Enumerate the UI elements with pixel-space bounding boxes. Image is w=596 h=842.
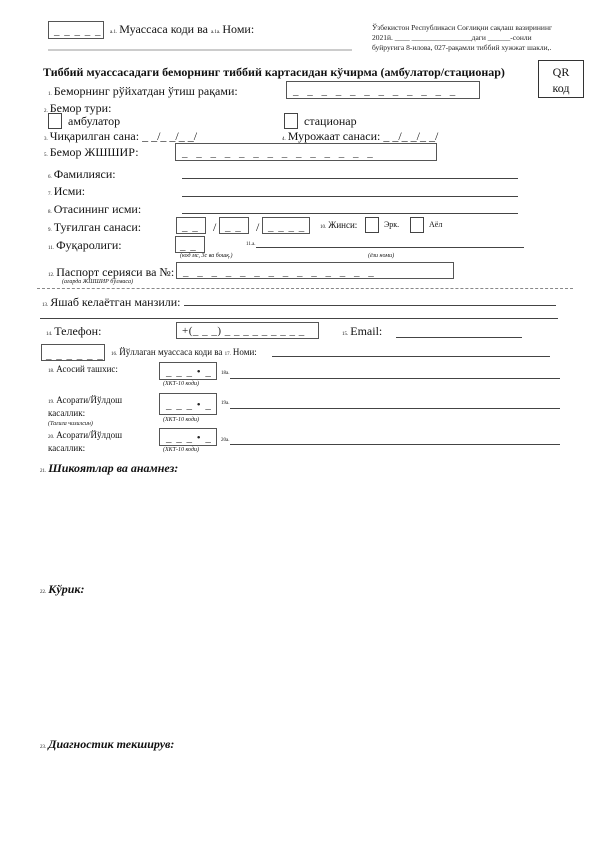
order-note: Ўзбекистон Республикаси Соғлиқни сақлаш … [372, 23, 552, 53]
outpatient-checkbox[interactable] [48, 113, 62, 129]
gender-female-label: Аёл [429, 220, 442, 229]
name-field[interactable] [182, 196, 518, 197]
address-label: 13.Яшаб келаётган манзили: [42, 295, 181, 310]
complication-2-code-hint: (ХКТ-10 коди) [163, 447, 199, 453]
discharge-date-label: 3.Чиқарилган сана: _ _/_ _/_ _/ [44, 129, 197, 144]
page-title: Тиббий муассасадаги беморнинг тиббий кар… [43, 65, 505, 80]
gender-male-checkbox[interactable] [365, 217, 379, 233]
email-label: 15.Email: [342, 324, 382, 339]
gender-label: 10.Жинси: [320, 220, 357, 230]
patronymic-label: 8.Отасининг исми: [48, 202, 141, 217]
complication-1-label: 19.Асорати/Йўлдош касаллик: (Тагига чизи… [48, 395, 122, 430]
passport-hint: (агарда ЖШШИР бўлмаса) [62, 279, 133, 285]
passport-field[interactable]: _ _ _ _ _ _ _ _ _ _ _ _ _ _ [176, 262, 454, 279]
date-separator: / [213, 220, 216, 235]
complication-2-code-field[interactable]: _ _ _ • _ [159, 428, 217, 446]
citizenship-name-field[interactable] [256, 247, 524, 248]
qr-code-placeholder: QR код [538, 60, 584, 98]
registration-number-field[interactable]: _ _ _ _ _ _ _ _ _ _ _ _ [286, 81, 480, 99]
complication-1-text-num: 19а. [221, 401, 229, 406]
citizenship-name-hint: (ёзи номи) [368, 253, 394, 259]
referring-institution-name-field[interactable] [272, 356, 550, 357]
inpatient-label: стационар [304, 114, 357, 129]
institution-label: а.1.Муассаса коди ва а.1а.Номи: [110, 22, 254, 37]
complication-2-label: 20.Асорати/Йўлдош касаллик: [48, 430, 122, 454]
section-divider [37, 288, 573, 289]
outpatient-label: амбулатор [68, 114, 120, 129]
referring-institution-code-field[interactable]: _ _ _ _ _ _ [41, 344, 105, 361]
referring-institution-label: 16.Йўллаган муассаса коди ва 17.Номи: [111, 347, 257, 357]
citizenship-code-hint: (код мс, 3с ва бошқ.) [180, 253, 233, 259]
main-diagnosis-label: 18.Асосий ташхис: [48, 364, 118, 374]
pinfl-field[interactable]: _ _ _ _ _ _ _ _ _ _ _ _ _ _ [175, 143, 437, 161]
institution-code-placeholder: _ _ _ _ _ [54, 25, 102, 37]
main-diagnosis-code-hint: (ХКТ-10 коди) [163, 381, 199, 387]
complaints-text-area[interactable] [40, 478, 560, 578]
complication-2-text-num: 20а. [221, 438, 229, 443]
institution-name-line [48, 49, 352, 51]
registration-label: 1.Беморнинг рўйхатдан ўтиш рақами: [48, 84, 238, 99]
complaints-section-title: 21.Шикоятлар ва анамнез: [40, 461, 178, 476]
birth-year-field[interactable]: _ _ _ _ [262, 217, 310, 234]
main-diagnosis-text-field[interactable] [230, 378, 560, 379]
complication-2-text-field[interactable] [230, 444, 560, 445]
pinfl-label: 5.Бемор ЖШШИР: [44, 145, 139, 160]
birth-date-label: 9.Туғилган санаси: [48, 220, 141, 235]
complication-1-text-field[interactable] [230, 408, 560, 409]
surname-label: 6.Фамилияси: [48, 167, 116, 182]
passport-label: 12.Паспорт серияси ва №: [48, 265, 174, 280]
phone-label: 14.Телефон: [46, 324, 101, 339]
birth-month-field[interactable]: _ _ [219, 217, 249, 234]
visit-date-field[interactable]: _ _/_ _/_ _/ [383, 129, 438, 143]
citizenship-label: 11.Фуқаролиги: [48, 238, 122, 253]
name-label: 7.Исми: [48, 184, 85, 199]
address-field-line2[interactable] [40, 318, 558, 319]
surname-field[interactable] [182, 178, 518, 179]
date-separator: / [256, 220, 259, 235]
gender-female-checkbox[interactable] [410, 217, 424, 233]
inpatient-checkbox[interactable] [284, 113, 298, 129]
complication-1-code-field[interactable]: _ _ _ • _ [159, 393, 217, 415]
diagnostics-text-area[interactable] [40, 753, 560, 833]
complication-1-code-hint: (ХКТ-10 коди) [163, 417, 199, 423]
examination-text-area[interactable] [40, 598, 560, 728]
main-diagnosis-code-field[interactable]: _ _ _ • _ [159, 362, 217, 380]
citizenship-code-field[interactable]: _ _ [175, 236, 205, 253]
diagnostics-section-title: 23.Диагностик текширув: [40, 737, 174, 752]
address-field[interactable] [184, 305, 556, 306]
institution-code-field[interactable]: _ _ _ _ _ [48, 21, 104, 39]
email-field[interactable] [396, 337, 522, 338]
citizenship-name-num: 11.а. [246, 242, 256, 247]
main-diagnosis-text-num: 18а. [221, 371, 229, 376]
phone-field[interactable]: +(_ _ _) _ _ _ _ _ _ _ _ _ [176, 322, 319, 339]
discharge-date-field[interactable]: _ _/_ _/_ _/ [142, 129, 197, 143]
gender-male-label: Эрк. [384, 220, 399, 229]
patronymic-field[interactable] [182, 213, 518, 214]
birth-day-field[interactable]: _ _ [176, 217, 206, 234]
examination-section-title: 22.Кўрик: [40, 582, 84, 597]
visit-date-label: 4.Мурожаат санаси: _ _/_ _/_ _/ [282, 129, 438, 144]
